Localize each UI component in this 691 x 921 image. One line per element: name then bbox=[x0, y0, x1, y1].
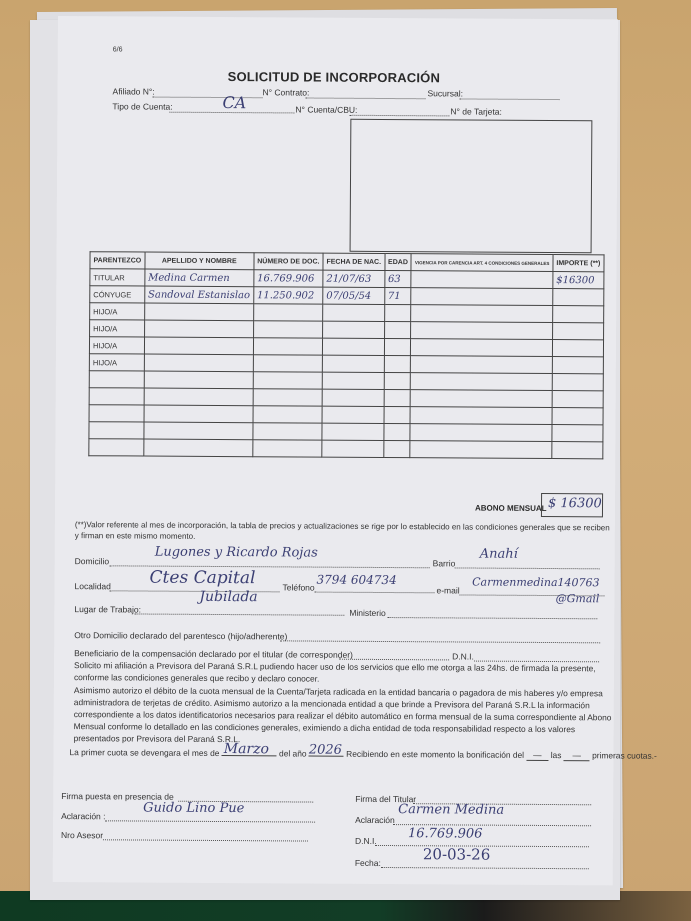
aclaracion-left-field[interactable] bbox=[105, 820, 315, 822]
localidad-label: Localidad bbox=[74, 581, 110, 591]
cuota-prefix: La primer cuota se devengara el mes de bbox=[69, 747, 219, 758]
cell-parentezco bbox=[89, 405, 144, 422]
cell-vigencia[interactable] bbox=[411, 356, 553, 374]
cell-nombre[interactable] bbox=[144, 354, 253, 372]
cell-edad[interactable] bbox=[384, 406, 411, 423]
trabajo-field[interactable] bbox=[134, 613, 344, 615]
cuota-las-field[interactable]: — bbox=[564, 750, 590, 761]
cuota-del-value: — bbox=[533, 750, 541, 760]
aclaracion-right-label: Aclaración bbox=[355, 815, 395, 825]
cell-vigencia[interactable] bbox=[411, 373, 553, 391]
abono-mensual-box: $ 16300 bbox=[541, 493, 603, 517]
barrio-value: Anahí bbox=[480, 547, 518, 562]
telefono-field[interactable] bbox=[314, 592, 434, 594]
cuenta-cbu-label: N° Cuenta/CBU: bbox=[295, 104, 357, 114]
cell-edad[interactable] bbox=[383, 440, 410, 457]
photo-box bbox=[350, 119, 593, 253]
otro-domicilio-field[interactable] bbox=[280, 640, 600, 643]
cell-vigencia[interactable] bbox=[411, 305, 553, 323]
cell-fecha[interactable] bbox=[322, 372, 384, 389]
cell-edad[interactable] bbox=[384, 321, 411, 338]
table-row bbox=[89, 439, 603, 459]
cell-parentezco bbox=[89, 388, 144, 405]
barrio-field[interactable] bbox=[455, 567, 600, 569]
abono-mensual-label: ABONO MENSUAL bbox=[475, 504, 547, 513]
cell-fecha[interactable] bbox=[323, 321, 385, 338]
cell-doc[interactable] bbox=[253, 321, 322, 338]
cell-doc[interactable] bbox=[253, 355, 322, 372]
cuota-mes-field[interactable]: Marzo bbox=[222, 755, 277, 756]
cuota-anio-value: 2026 bbox=[309, 743, 342, 758]
abono-mensual-value: $ 16300 bbox=[548, 496, 602, 511]
cell-importe[interactable] bbox=[553, 306, 604, 323]
cuota-anio-field[interactable]: 2026 bbox=[309, 756, 344, 757]
header-edad: EDAD bbox=[385, 253, 412, 270]
fecha-value: 20-03-26 bbox=[423, 845, 491, 863]
cell-doc[interactable] bbox=[253, 389, 322, 406]
cuota-line: La primer cuota se devengara el mes de M… bbox=[69, 747, 656, 762]
cell-vigencia[interactable] bbox=[411, 390, 553, 408]
cell-parentezco bbox=[89, 422, 144, 439]
domicilio-label: Domicilio bbox=[75, 556, 110, 566]
cuota-del-field[interactable]: — bbox=[526, 750, 548, 761]
cell-parentezco: HIJO/A bbox=[90, 320, 145, 337]
cell-edad[interactable]: 71 bbox=[384, 287, 411, 304]
cell-parentezco: CÓNYUGE bbox=[90, 286, 145, 303]
cell-importe[interactable] bbox=[552, 374, 603, 391]
dni-value: 16.769.906 bbox=[408, 826, 483, 841]
contrato-label: N° Contrato: bbox=[263, 87, 310, 97]
cell-nombre[interactable] bbox=[144, 388, 253, 406]
cell-fecha[interactable]: 07/05/54 bbox=[323, 287, 385, 304]
cell-edad[interactable] bbox=[383, 423, 410, 440]
cell-fecha[interactable]: 21/07/63 bbox=[323, 270, 385, 287]
trabajo-value: Jubilada bbox=[199, 589, 257, 605]
aclaracion-left-value: Guido Lino Pue bbox=[143, 801, 244, 817]
cell-parentezco bbox=[89, 439, 144, 456]
aclaracion-left-label: Aclaración : bbox=[61, 811, 105, 821]
cell-nombre[interactable] bbox=[144, 405, 253, 423]
domicilio-value: Lugones y Ricardo Rojas bbox=[155, 545, 318, 561]
cell-fecha[interactable] bbox=[322, 338, 384, 355]
cell-vigencia[interactable] bbox=[410, 407, 552, 425]
cell-edad[interactable] bbox=[384, 355, 411, 372]
asesor-field[interactable] bbox=[103, 839, 308, 841]
cell-vigencia[interactable] bbox=[411, 288, 553, 306]
tipo-cuenta-value: CA bbox=[222, 93, 246, 112]
dni-label: D.N.I. bbox=[355, 836, 377, 846]
fecha-field[interactable] bbox=[381, 867, 589, 869]
cuenta-cbu-field[interactable] bbox=[349, 115, 449, 117]
sucursal-field[interactable] bbox=[459, 98, 559, 100]
cell-doc[interactable] bbox=[253, 372, 322, 389]
cell-doc[interactable] bbox=[253, 338, 322, 355]
cell-edad[interactable]: 63 bbox=[384, 270, 411, 287]
cell-importe[interactable] bbox=[552, 340, 603, 357]
cell-edad[interactable] bbox=[384, 304, 411, 321]
trabajo-label: Lugar de Trabajo: bbox=[74, 604, 141, 614]
cell-fecha[interactable] bbox=[322, 389, 384, 406]
cell-vigencia[interactable] bbox=[411, 271, 553, 289]
cell-importe[interactable] bbox=[552, 323, 603, 340]
barrio-label: Barrio bbox=[433, 558, 456, 568]
fecha-label: Fecha: bbox=[355, 858, 381, 868]
beneficiario-label: Beneficiario de la compensación declarad… bbox=[74, 648, 353, 660]
cell-doc[interactable]: 16.769.906 bbox=[254, 270, 323, 287]
cell-edad[interactable] bbox=[384, 338, 411, 355]
cell-parentezco: HIJO/A bbox=[89, 337, 144, 354]
cell-doc[interactable] bbox=[253, 406, 322, 423]
cell-edad[interactable] bbox=[384, 372, 411, 389]
cell-parentezco: TITULAR bbox=[90, 269, 145, 286]
cell-fecha[interactable] bbox=[322, 355, 384, 372]
ministerio-field[interactable] bbox=[387, 617, 597, 619]
cell-nombre[interactable]: Sandoval Estanislao bbox=[144, 286, 253, 304]
cell-nombre[interactable] bbox=[144, 439, 253, 457]
cell-importe[interactable] bbox=[552, 391, 603, 408]
sucursal-label: Sucursal: bbox=[428, 88, 463, 98]
cell-importe[interactable]: $16300 bbox=[553, 272, 604, 289]
family-table: PARENTEZCO APELLIDO Y NOMBRE NÚMERO DE D… bbox=[88, 251, 604, 459]
cuota-middle: Recibiendo en este momento la bonificaci… bbox=[346, 749, 524, 760]
cell-importe[interactable] bbox=[552, 425, 603, 442]
cuota-las-label: las bbox=[551, 750, 562, 760]
page-number: 6/6 bbox=[113, 46, 123, 53]
cell-fecha[interactable] bbox=[322, 440, 384, 457]
telefono-label: Teléfono bbox=[282, 582, 314, 592]
localidad-value: Ctes Capital bbox=[150, 568, 256, 589]
afiliado-label: Afiliado N°: bbox=[113, 86, 155, 96]
cell-parentezco: HIJO/A bbox=[89, 354, 144, 371]
cell-vigencia[interactable] bbox=[411, 339, 553, 357]
tarjeta-label: N° de Tarjeta: bbox=[450, 106, 501, 116]
asesor-label: Nro Asesor bbox=[61, 830, 103, 840]
cuota-las-value: — bbox=[573, 750, 581, 760]
cell-nombre[interactable]: Medina Carmen bbox=[145, 269, 254, 287]
header-importe: IMPORTE (**) bbox=[553, 255, 604, 272]
legal-paragraph-1: Solicito mi afiliación a Previsora del P… bbox=[74, 659, 614, 686]
cell-nombre[interactable] bbox=[144, 303, 253, 321]
cell-parentezco bbox=[89, 371, 144, 388]
otro-domicilio-label: Otro Domicilio declarado del parentesco … bbox=[74, 630, 287, 641]
header-vigencia: VIGENCIA POR CARENCIA ART. 4 CONDICIONES… bbox=[411, 254, 553, 272]
cell-fecha[interactable] bbox=[322, 406, 384, 423]
header-nombre: APELLIDO Y NOMBRE bbox=[145, 252, 254, 270]
cell-nombre[interactable] bbox=[144, 371, 253, 389]
cell-vigencia[interactable] bbox=[410, 441, 552, 459]
cell-doc[interactable] bbox=[253, 304, 322, 321]
cell-parentezco: HIJO/A bbox=[90, 303, 145, 320]
cell-nombre[interactable] bbox=[144, 337, 253, 355]
header-parentezco: PARENTEZCO bbox=[90, 252, 145, 269]
cell-doc[interactable]: 11.250.902 bbox=[253, 287, 322, 304]
cell-edad[interactable] bbox=[384, 389, 411, 406]
contrato-field[interactable] bbox=[306, 98, 426, 100]
cell-importe[interactable] bbox=[553, 289, 604, 306]
cell-importe[interactable] bbox=[552, 357, 603, 374]
ministerio-label: Ministerio bbox=[349, 608, 385, 618]
aclaracion-right-value: Carmen Medina bbox=[398, 802, 504, 818]
cuota-suffix: primeras cuotas.- bbox=[592, 750, 657, 760]
cuota-mes-value: Marzo bbox=[224, 741, 269, 757]
cell-fecha[interactable] bbox=[322, 423, 384, 440]
cell-nombre[interactable] bbox=[144, 422, 253, 440]
cell-importe[interactable] bbox=[552, 408, 603, 425]
cell-fecha[interactable] bbox=[323, 304, 385, 321]
price-note: (**)Valor referente al mes de incorporac… bbox=[75, 519, 615, 544]
header-fecha: FECHA DE NAC. bbox=[323, 253, 385, 270]
email-value: Carmenmedina140763 @Gmail bbox=[449, 574, 599, 607]
form-page: 6/6 SOLICITUD DE INCORPORACIÓN Afiliado … bbox=[53, 16, 618, 885]
form-title: SOLICITUD DE INCORPORACIÓN bbox=[228, 69, 441, 85]
cell-doc[interactable] bbox=[253, 423, 322, 440]
cell-vigencia[interactable] bbox=[410, 424, 552, 442]
cell-nombre[interactable] bbox=[144, 320, 253, 338]
tipo-cuenta-label: Tipo de Cuenta: bbox=[112, 101, 172, 111]
legal-paragraph-2: Asimismo autorizo el débito de la cuota … bbox=[74, 684, 614, 747]
beneficiario-dni-label: D.N.I. bbox=[452, 651, 474, 661]
header-doc: NÚMERO DE DOC. bbox=[254, 253, 323, 270]
cell-vigencia[interactable] bbox=[411, 322, 553, 340]
telefono-value: 3794 604734 bbox=[317, 573, 397, 587]
cell-importe[interactable] bbox=[552, 442, 603, 459]
cell-doc[interactable] bbox=[253, 440, 322, 457]
cuota-anio-label: del año bbox=[279, 748, 307, 758]
